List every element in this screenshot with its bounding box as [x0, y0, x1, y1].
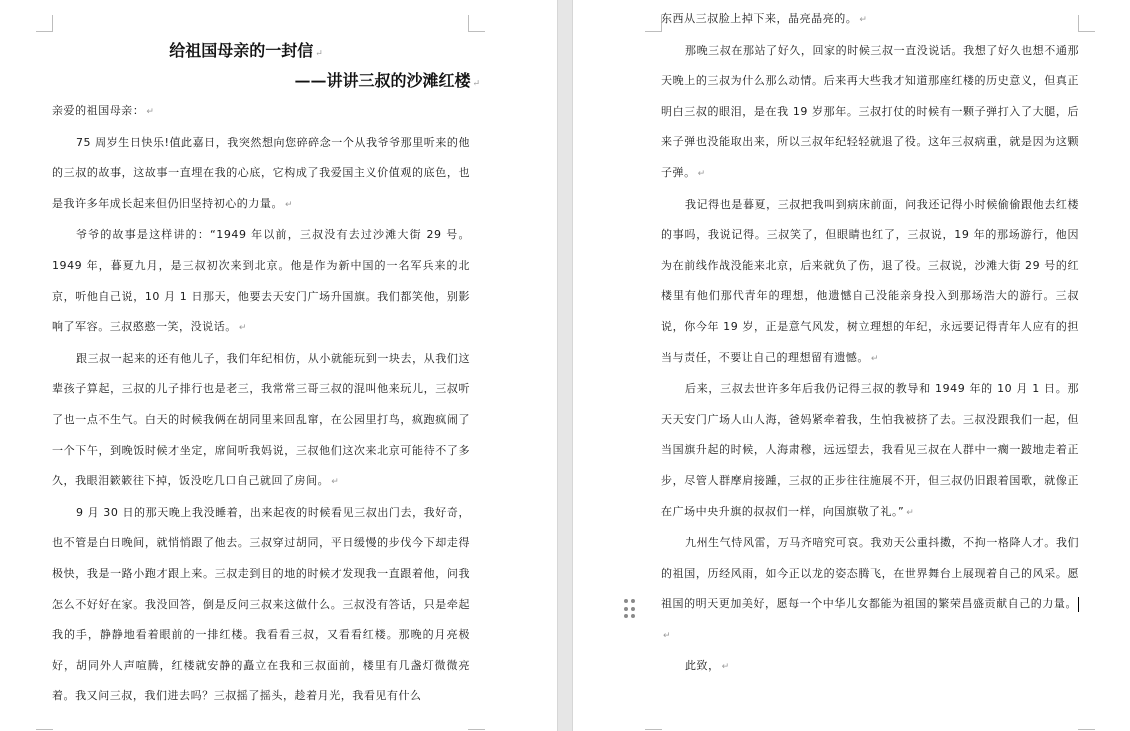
page-1[interactable]: 给祖国母亲的一封信↵ ——讲讲三叔的沙滩红楼↵ 亲爱的祖国母亲：↵ 75 周岁生…: [0, 0, 557, 731]
paragraph[interactable]: 跟三叔一起来的还有他儿子，我们年纪相仿，从小就能玩到一块去，从我们这辈孩子算起，…: [52, 344, 470, 498]
paragraph-mark: ↵: [239, 323, 247, 333]
page-gutter: [557, 0, 573, 731]
paragraph-drag-handle-icon[interactable]: [624, 599, 636, 619]
crop-mark-bottom-left: [36, 729, 53, 730]
paragraph-mark: ↵: [472, 79, 480, 89]
closing[interactable]: 此致，↵: [661, 651, 1079, 683]
drag-dot: [631, 599, 635, 603]
crop-mark-top-left: [645, 15, 662, 32]
paragraph-text: 亲爱的祖国母亲：: [52, 104, 144, 117]
paragraph-text: 跟三叔一起来的还有他儿子，我们年纪相仿，从小就能玩到一块去，从我们这辈孩子算起，…: [52, 352, 470, 487]
crop-mark-top-left: [36, 15, 53, 32]
drag-dot: [624, 599, 628, 603]
paragraph-text: 九州生气恃风雷，万马齐喑究可哀。我劝天公重抖擞，不拘一格降人才。我们的祖国，历经…: [661, 536, 1079, 610]
paragraph-mark: ↵: [859, 15, 867, 25]
subtitle-text: ——讲讲三叔的沙滩红楼: [294, 71, 470, 90]
crop-mark-top-right: [1078, 15, 1095, 32]
paragraph-mark: ↵: [871, 354, 879, 364]
page-1-body[interactable]: 亲爱的祖国母亲：↵ 75 周岁生日快乐!值此嘉日，我突然想向您碎碎念一个从我爷爷…: [52, 96, 470, 712]
paragraph[interactable]: 我记得也是暮夏，三叔把我叫到病床前面，问我还记得小时候偷偷跟他去红楼的事吗，我说…: [661, 190, 1079, 375]
crop-mark-top-right: [468, 15, 485, 32]
paragraph-mark: ↵: [698, 169, 706, 179]
paragraph-text: 我记得也是暮夏，三叔把我叫到病床前面，问我还记得小时候偷偷跟他去红楼的事吗，我说…: [661, 198, 1079, 364]
paragraph-text: 75 周岁生日快乐!值此嘉日，我突然想向您碎碎念一个从我爷爷那里听来的他的三叔的…: [52, 136, 470, 210]
page-2-body[interactable]: 东西从三叔脸上掉下来，晶亮晶亮的。↵ 那晚三叔在那站了好久，回家的时候三叔一直没…: [661, 4, 1079, 683]
paragraph-active[interactable]: 九州生气恃风雷，万马齐喑究可哀。我劝天公重抖擞，不拘一格降人才。我们的祖国，历经…: [661, 528, 1079, 651]
crop-mark-bottom-right: [1078, 729, 1095, 730]
title-text: 给祖国母亲的一封信: [169, 41, 313, 60]
paragraph[interactable]: 后来，三叔去世许多年后我仍记得三叔的教导和 1949 年的 10 月 1 日。那…: [661, 374, 1079, 528]
document-subtitle[interactable]: ——讲讲三叔的沙滩红楼↵: [280, 68, 480, 91]
paragraph-mark: ↵: [906, 508, 914, 518]
drag-dot: [631, 614, 635, 618]
document-viewport: 给祖国母亲的一封信↵ ——讲讲三叔的沙滩红楼↵ 亲爱的祖国母亲：↵ 75 周岁生…: [0, 0, 1130, 731]
paragraph-text: 后来，三叔去世许多年后我仍记得三叔的教导和 1949 年的 10 月 1 日。那…: [661, 382, 1079, 517]
paragraph-text: 那晚三叔在那站了好久，回家的时候三叔一直没说话。我想了好久也想不通那天晚上的三叔…: [661, 44, 1079, 179]
crop-mark-bottom-left: [645, 729, 662, 730]
paragraph-text: 爷爷的故事是这样讲的：“1949 年以前，三叔没有去过沙滩大街 29 号。194…: [52, 228, 470, 333]
paragraph[interactable]: 75 周岁生日快乐!值此嘉日，我突然想向您碎碎念一个从我爷爷那里听来的他的三叔的…: [52, 128, 470, 221]
paragraph-mark: ↵: [663, 631, 671, 641]
paragraph-continued[interactable]: 东西从三叔脸上掉下来，晶亮晶亮的。↵: [661, 4, 1079, 36]
paragraph[interactable]: 那晚三叔在那站了好久，回家的时候三叔一直没说话。我想了好久也想不通那天晚上的三叔…: [661, 36, 1079, 190]
paragraph-mark: ↵: [722, 662, 730, 672]
paragraph[interactable]: 爷爷的故事是这样讲的：“1949 年以前，三叔没有去过沙滩大街 29 号。194…: [52, 220, 470, 343]
page-2[interactable]: 东西从三叔脸上掉下来，晶亮晶亮的。↵ 那晚三叔在那站了好久，回家的时候三叔一直没…: [573, 0, 1130, 731]
paragraph-text: 9 月 30 日的那天晚上我没睡着，出来起夜的时候看见三叔出门去，我好奇，也不管…: [52, 506, 470, 703]
crop-mark-bottom-right: [468, 729, 485, 730]
paragraph-text: 此致，: [685, 659, 720, 672]
drag-dot: [624, 614, 628, 618]
drag-dot: [624, 607, 628, 611]
text-cursor: [1078, 597, 1079, 612]
paragraph-mark: ↵: [331, 477, 339, 487]
drag-dot: [631, 607, 635, 611]
document-title[interactable]: 给祖国母亲的一封信↵: [76, 38, 416, 61]
paragraph-mark: ↵: [285, 200, 293, 210]
paragraph[interactable]: 9 月 30 日的那天晚上我没睡着，出来起夜的时候看见三叔出门去，我好奇，也不管…: [52, 498, 470, 712]
paragraph-mark: ↵: [146, 107, 154, 117]
paragraph-text: 东西从三叔脸上掉下来，晶亮晶亮的。: [661, 12, 857, 25]
paragraph-mark: ↵: [315, 49, 323, 59]
salutation[interactable]: 亲爱的祖国母亲：↵: [52, 96, 470, 128]
